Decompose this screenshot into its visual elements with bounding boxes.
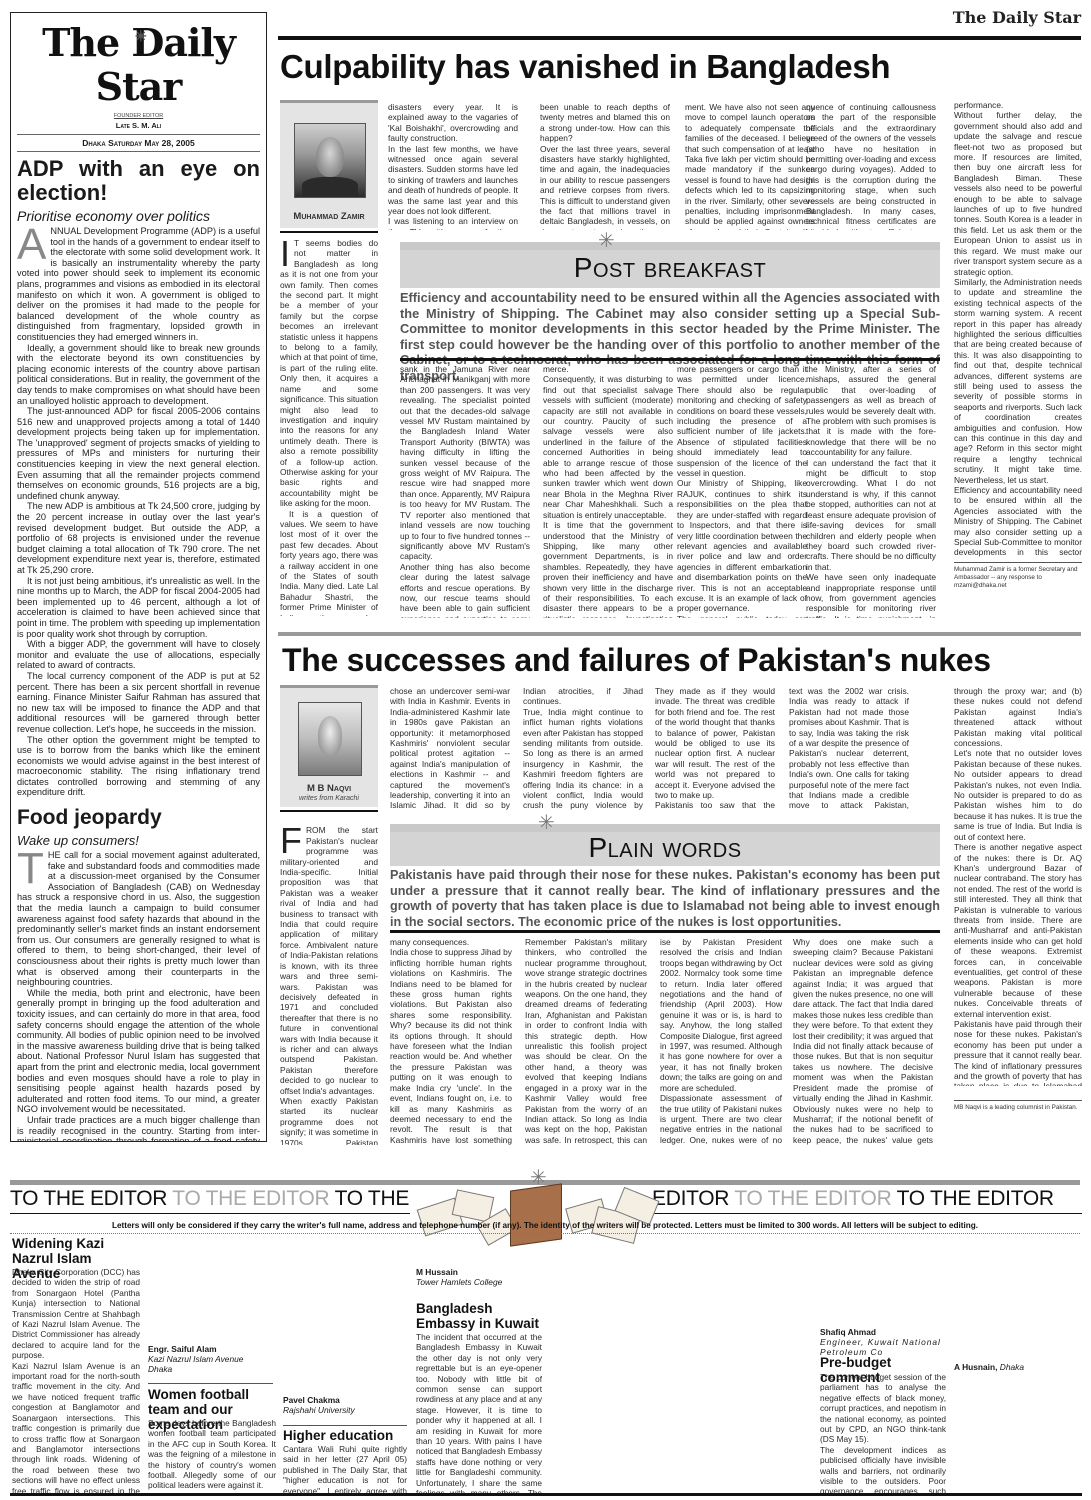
banner-text: TO THE EDITOR [10, 1187, 167, 1210]
divider [10, 1233, 1080, 1234]
letter-body: Dhaka City Corporation (DCC) has decided… [12, 1267, 140, 1495]
author-name: M B Naqvi [280, 783, 378, 794]
letter-headline: Higher education [283, 1428, 407, 1443]
banner-bar [390, 824, 940, 832]
paragraph: It is a question of values. We seem to h… [280, 509, 378, 616]
pull-quote: Pakistanis have paid through their nose … [390, 868, 940, 930]
author-box: Muhammad Zamir [280, 100, 378, 228]
letter-sign-block: M Hussain Tower Hamlets College [416, 1267, 540, 1287]
article-1-headline: Culpability has vanished in Bangladesh [280, 48, 890, 86]
letter-affiliation: Dhaka [1000, 1362, 1024, 1372]
founder-label: FOUNDER EDITOR [17, 113, 260, 119]
author-photo [294, 123, 366, 198]
letter-body: The incident that occurred at the Bangla… [416, 1332, 542, 1496]
letter-body: Some days before the Bangladesh women fo… [148, 1418, 276, 1496]
letter-signature: Pavel Chakma [283, 1395, 407, 1405]
letter-body: Cantara Wali Ruhi quite rightly said in … [283, 1444, 407, 1496]
divider [278, 36, 1081, 40]
letter-sign-block: A Husnain, Dhaka [954, 1362, 1082, 1372]
divider [10, 1493, 1082, 1496]
letters-banner-right: EDITOR TO THE EDITOR TO THE EDITOR [652, 1187, 1054, 1211]
banner-text: TO THE EDITOR [172, 1187, 329, 1210]
paragraph: The new ADP is ambitious at Tk 24,500 cr… [17, 501, 260, 575]
article-2-col: Indian atrocities, if Jihad continues. T… [523, 686, 643, 810]
paragraph: The other option the government might be… [17, 735, 260, 799]
divider [10, 1213, 410, 1214]
author-box: M B Naqvi writes from Karachi [280, 685, 378, 807]
founder-name: Late S. M. Ali [17, 121, 260, 130]
paragraph: The just-announced ADP for fiscal 2005-2… [17, 406, 260, 501]
article-2-col: chose an undercover semi-war with India … [390, 686, 510, 810]
paragraph: The local currency component of the ADP … [17, 671, 260, 735]
article-2-headline: The successes and failures of Pakistan's… [282, 642, 991, 679]
article-1-col: quence of continuing callousness on the … [806, 102, 936, 230]
article-1-col: the Ministry, after a series of mishaps,… [806, 364, 936, 618]
article-1-intro: I T seems bodies do not matter in Bangla… [280, 238, 378, 616]
editorial-column: The Daily Star ✳ FOUNDER EDITOR Late S. … [10, 12, 267, 1142]
divider [280, 231, 378, 233]
letter-affiliation: Engineer, Kuwait National Petroleum Co [820, 1337, 946, 1357]
letter-affiliation: Kazi Nazrul Islam Avenue Dhaka [148, 1354, 276, 1374]
divider [400, 358, 940, 361]
divider [278, 632, 1081, 636]
article-2-col: They made as if they would invade. The t… [655, 686, 775, 810]
letter-continued: Engr. Saiful Alam Kazi Nazrul Islam Aven… [148, 1236, 276, 1396]
banner-text: TO THE [335, 1187, 409, 1210]
divider [390, 930, 940, 933]
editorial-2-headline: Food jeopardy [17, 806, 260, 830]
article-1-col: been unable to reach depths of twenty me… [540, 102, 670, 230]
paragraph: T seems bodies do not matter in Banglade… [280, 238, 378, 509]
editorial-2-subhead: Wake up consumers! [17, 833, 260, 848]
article-1-col: sank in the Jamuna River near Arichaghat… [400, 364, 530, 618]
banner-text: EDITOR [652, 1187, 729, 1210]
dropcap: F [280, 826, 302, 856]
letters-banner-left: TO THE EDITOR TO THE EDITOR TO THE [10, 1187, 409, 1211]
divider [954, 1100, 1082, 1101]
star-burst-icon: ✳ [135, 15, 146, 59]
letter-body-continued [954, 1236, 1082, 1356]
editorial-headline: ADP with an eye on election! [17, 157, 260, 205]
article-1-col: merce. Consequently, it was disturbing t… [543, 364, 673, 618]
letter-affiliation: Rajshahi University [283, 1405, 407, 1415]
dropcap: I [280, 239, 290, 269]
article-1-col: ment. We have also not seen any move to … [685, 102, 815, 230]
dropcap: T [17, 851, 44, 887]
article-1-right-col: performance. Without further delay, the … [954, 100, 1082, 560]
letters-notice: Letters will only be considered if they … [10, 1221, 1080, 1230]
article-2-col: text was the 2002 war crisis. India was … [789, 686, 909, 810]
article-1-col: more passengers or cargo than it was per… [677, 364, 807, 618]
small-masthead: The Daily Star [953, 8, 1081, 27]
author-photo [298, 702, 362, 776]
article-2-col: ise by Pakistan President resolved the c… [660, 937, 782, 1145]
letter-body-continued [550, 1236, 676, 1496]
paragraph: ROM the start Pakistan's nuclear program… [280, 825, 378, 1145]
letter-affiliation: Tower Hamlets College [416, 1277, 540, 1287]
column-banner-title: Plain words [390, 832, 940, 864]
banner-text: TO THE EDITOR [897, 1187, 1054, 1210]
paragraph: It is not just being ambitious, it's unr… [17, 576, 260, 640]
letter-sign-block: Shafiq Ahmad Engineer, Kuwait National P… [820, 1327, 946, 1357]
divider [280, 810, 378, 812]
dropcap: A [17, 227, 46, 263]
letter-signature: A Husnain, [954, 1362, 997, 1372]
paragraph: While the media, both print and electron… [17, 988, 260, 1115]
editorial-subhead: Prioritise economy over politics [17, 208, 260, 224]
letter-sign-block: Pavel Chakma Rajshahi University [283, 1395, 407, 1415]
article-2-intro: FROM the start Pakistan's nuclear progra… [280, 815, 378, 1145]
editorial-body: A NNUAL Development Programme (ADP) is a… [17, 226, 260, 798]
author-location: writes from Karachi [280, 795, 378, 802]
banner-text: TO THE EDITOR [734, 1187, 891, 1210]
article-2-col: Remember Pakistan's military thinkers, w… [525, 937, 647, 1145]
author-note: MB Naqvi is a leading columnist in Pakis… [954, 1104, 1082, 1112]
letter-body: The current budget session of the parlia… [820, 1372, 946, 1496]
divider [283, 1425, 407, 1426]
letter-body-continued [686, 1236, 812, 1496]
article-2-col: many consequences. India chose to suppre… [390, 937, 512, 1145]
divider [954, 562, 1082, 563]
paragraph: Unfair trade practices are a much bigger… [17, 1115, 260, 1142]
column-banner-title: Post breakfast [400, 252, 940, 284]
editorial-2-body: T HE call for a social movement against … [17, 850, 260, 1142]
letter-signature: M Hussain [416, 1267, 540, 1277]
divider [652, 1213, 1082, 1214]
divider [148, 1383, 273, 1384]
article-2-col: Why does one make such a sweeping claim?… [793, 937, 933, 1145]
paragraph: NNUAL Development Programme (ADP) is a u… [17, 226, 260, 343]
paragraph: Ideally, a government should like to bre… [17, 343, 260, 407]
author-note: Muhammad Zamir is a former Secretary and… [954, 566, 1082, 590]
letter-signature: Shafiq Ahmad [820, 1327, 946, 1337]
article-1-col: disasters every year. It is explained aw… [388, 102, 518, 230]
paragraph: With a bigger ADP, the government will h… [17, 639, 260, 671]
banner-bar [400, 242, 940, 250]
paragraph: HE call for a social movement against ad… [17, 850, 260, 988]
author-name: Muhammad Zamir [280, 211, 378, 222]
letter-headline: Bangladesh Embassy in Kuwait [416, 1301, 544, 1331]
letter-signature: Engr. Saiful Alam [148, 1344, 276, 1354]
article-2-right-col: through the proxy war; and (b) these nuk… [954, 686, 1082, 1086]
dateline: Dhaka Saturday May 28, 2005 [17, 134, 260, 152]
masthead-logo: The Daily Star ✳ [17, 21, 260, 109]
